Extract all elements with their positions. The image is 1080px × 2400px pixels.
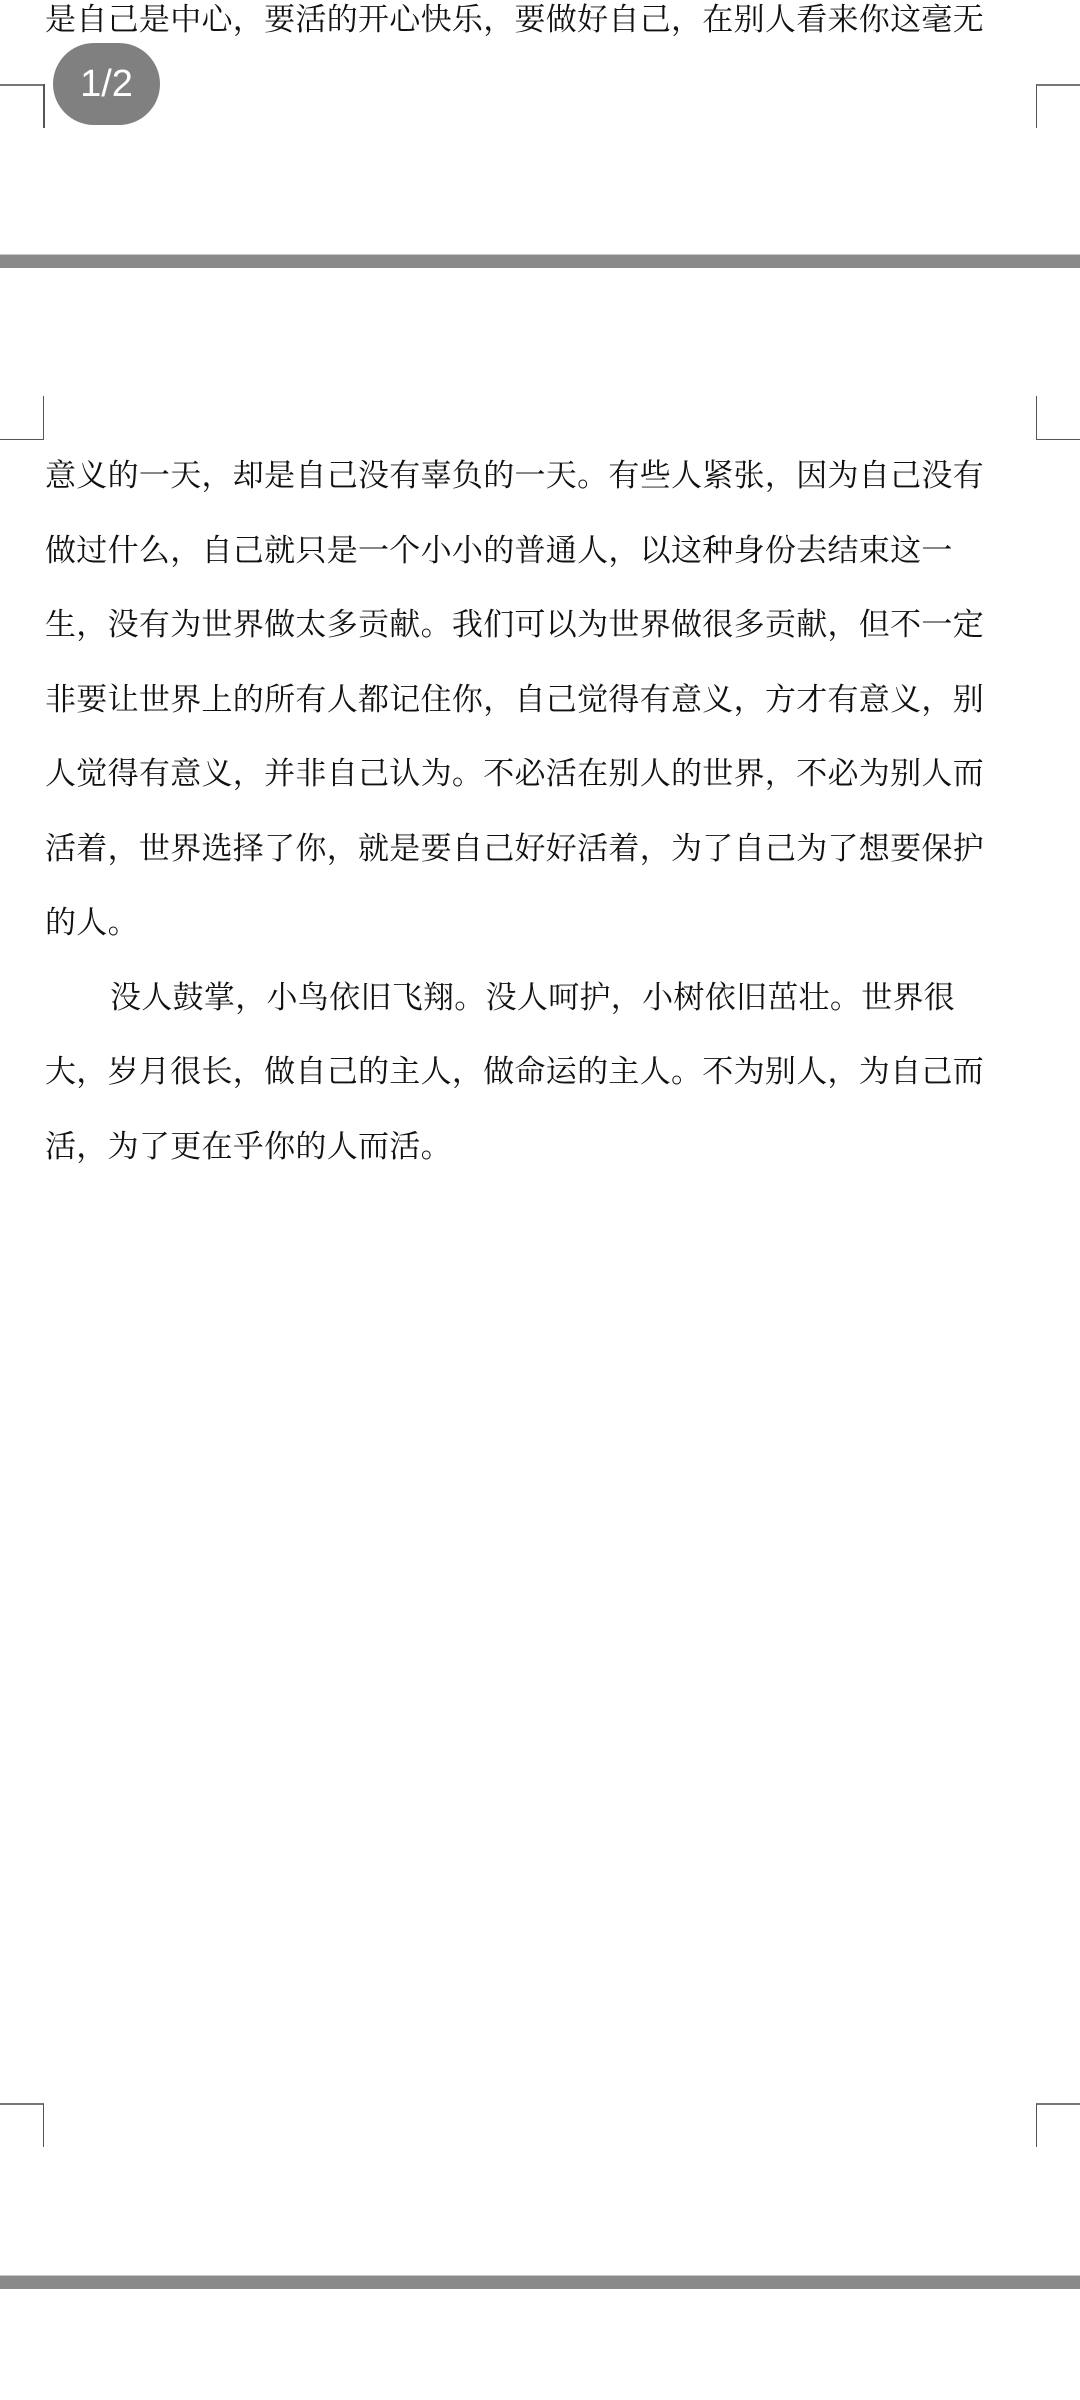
text-line-paragraph-start: 没人鼓掌，小鸟依旧飞翔。没人呵护，小树依旧茁壮。世界很 <box>110 978 1080 1018</box>
margin-corner-mark <box>0 396 44 440</box>
text-line: 是自己是中心，要活的开心快乐，要做好自己，在别人看来你这毫无 <box>45 0 1045 40</box>
text-line: 生，没有为世界做太多贡献。我们可以为世界做很多贡献，但不一定 <box>45 605 1045 645</box>
text-line: 意义的一天，却是自己没有辜负的一天。有些人紧张，因为自己没有 <box>45 456 1045 496</box>
text-line: 非要让世界上的所有人都记住你，自己觉得有意义，方才有意义，别 <box>45 680 1045 720</box>
page-separator <box>0 254 1080 268</box>
margin-corner-mark <box>0 2103 44 2147</box>
text-line: 活，为了更在乎你的人而活。 <box>45 1127 1045 1167</box>
text-line: 做过什么，自己就只是一个小小的普通人，以这种身份去结束这一 <box>45 531 1045 571</box>
margin-corner-mark <box>1036 396 1080 440</box>
text-line: 人觉得有意义，并非自己认为。不必活在别人的世界，不必为别人而 <box>45 754 1045 794</box>
page-indicator-badge: 1/2 <box>53 43 160 125</box>
text-line: 活着，世界选择了你，就是要自己好好活着，为了自己为了想要保护 <box>45 829 1045 869</box>
margin-corner-mark <box>1036 2103 1080 2147</box>
margin-corner-mark <box>1036 84 1080 128</box>
text-line: 大，岁月很长，做自己的主人，做命运的主人。不为别人，为自己而 <box>45 1052 1045 1092</box>
margin-corner-mark <box>0 84 44 128</box>
page-separator <box>0 2275 1080 2289</box>
text-line: 的人。 <box>45 903 1045 943</box>
margin-corner-mark <box>43 84 45 128</box>
